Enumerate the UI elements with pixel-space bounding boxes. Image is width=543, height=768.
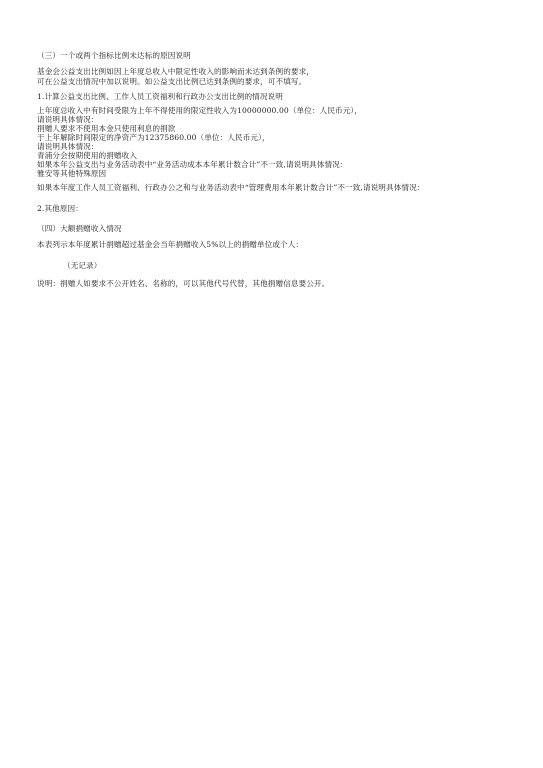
admin-expense-line: 如果本年度工作人员工资福利、行政办公之和与业务活动表中“管理费用本年累计数合计”… — [37, 183, 424, 193]
section4-heading: （四）大额捐赠收入情况 — [37, 224, 122, 234]
no-record-label: （无记录） — [63, 261, 101, 271]
section3-intro-line1: 基金会公益支出比例如因上年度总收入中限定性收入的影响而未达到条例的要求， — [37, 67, 314, 77]
item1-heading: 1.计算公益支出比例、工作人员工资福利和行政办公支出比例的情况说明 — [37, 92, 283, 102]
document-page: （三）一个或两个指标比例未达标的原因说明 基金会公益支出比例如因上年度总收入中限… — [0, 0, 543, 768]
section3-intro-line2: 可在公益支出情况中加以说明。如公益支出比例已达到条例的要求，可不填写。 — [37, 77, 306, 87]
section4-note: 说明：捐赠人如要求不公开姓名、名称的，可以其他代号代替，其他捐赠信息要公开。 — [37, 279, 329, 289]
section4-body: 本表列示本年度累计捐赠超过基金会当年捐赠收入5%以上的捐赠单位或个人： — [37, 240, 303, 250]
item2-heading: 2.其他原因： — [37, 204, 83, 214]
detail-line: 雅安等其他特殊原因 — [37, 169, 106, 179]
section3-heading: （三）一个或两个指标比例未达标的原因说明 — [37, 51, 191, 61]
